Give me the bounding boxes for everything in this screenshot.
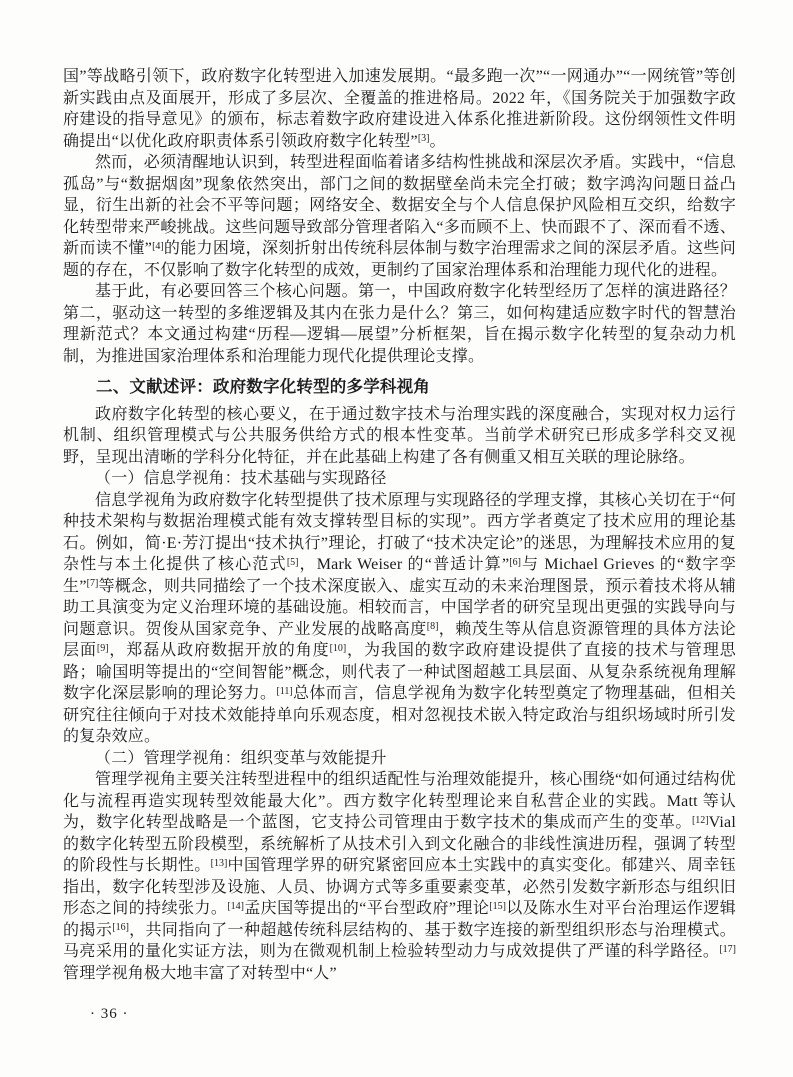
citation-ref: [11] — [276, 686, 292, 697]
citation-ref: [10] — [330, 643, 347, 654]
citation-ref: [14] — [227, 901, 244, 912]
page-number: · 36 · — [90, 1006, 129, 1023]
citation-ref: [16] — [112, 922, 129, 933]
paper-page: 国”等战略引领下，政府数字化转型进入加速发展期。“最多跑一次”“一网通办”“一网… — [0, 0, 793, 1077]
citation-ref: [12] — [692, 815, 709, 826]
subsection-heading: （一）信息学视角：技术基础与实现路径 — [63, 468, 736, 490]
subsection-heading: （二）管理学视角：组织变革与效能提升 — [63, 748, 736, 770]
citation-ref: [13] — [211, 858, 228, 869]
section-heading: 二、文献述评：政府数字化转型的多学科视角 — [63, 377, 736, 399]
text-column: 国”等战略引领下，政府数字化转型进入加速发展期。“最多跑一次”“一网通办”“一网… — [63, 66, 736, 984]
paragraph: 然而，必须清醒地认识到，转型进程面临着诸多结构性挑战和深层次矛盾。实践中，“信息… — [63, 152, 736, 281]
citation-ref: [4] — [152, 241, 164, 252]
citation-ref: [15] — [489, 901, 506, 912]
paragraph: 国”等战略引领下，政府数字化转型进入加速发展期。“最多跑一次”“一网通办”“一网… — [63, 66, 736, 152]
paragraph: 基于此，有必要回答三个核心问题。第一，中国政府数字化转型经历了怎样的演进路径？第… — [63, 281, 736, 367]
citation-ref: [3] — [418, 133, 430, 144]
citation-ref: [9] — [97, 643, 109, 654]
paragraph: 管理学视角主要关注转型进程中的组织适配性与治理效能提升，核心围绕“如何通过结构优… — [63, 769, 736, 984]
citation-ref: [5] — [287, 557, 299, 568]
citation-ref: [6] — [509, 557, 521, 568]
paragraph: 信息学视角为政府数字化转型提供了技术原理与实现路径的学理支撑，其核心关切在于“何… — [63, 490, 736, 748]
citation-ref: [17] — [719, 944, 736, 955]
citation-ref: [8] — [427, 621, 439, 632]
paragraph: 政府数字化转型的核心要义，在于通过数字技术与治理实践的深度融合，实现对权力运行机… — [63, 404, 736, 469]
citation-ref: [7] — [87, 578, 99, 589]
